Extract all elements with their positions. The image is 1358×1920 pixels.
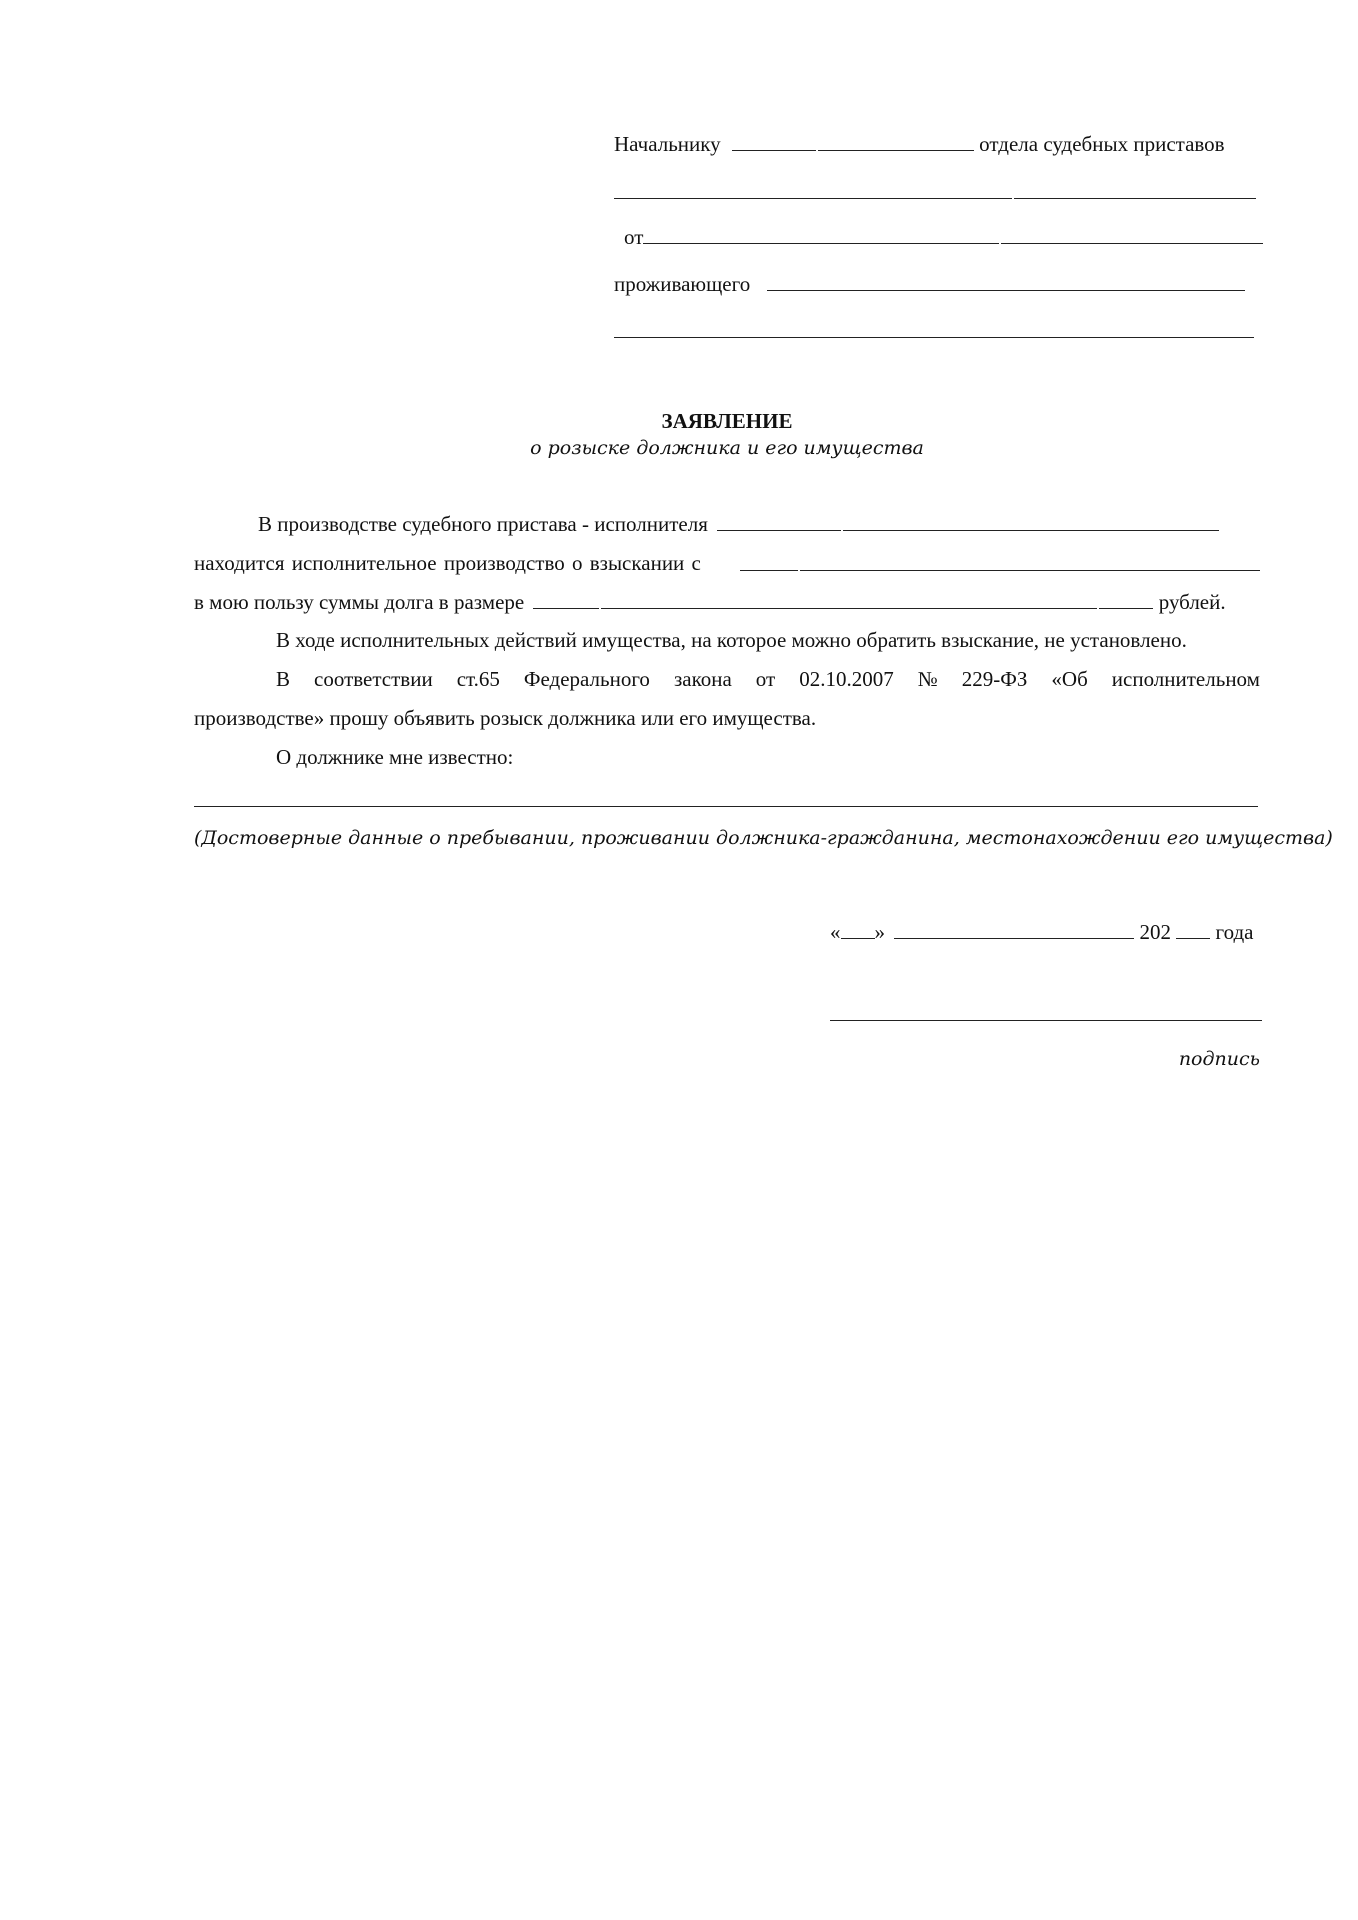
department-label: отдела судебных приставов — [979, 132, 1224, 156]
date-line: «» 202 года — [830, 918, 1254, 944]
quote-open: « — [830, 920, 841, 944]
addressee-from-line: от — [624, 223, 1263, 249]
department-continued-field-2[interactable] — [1014, 178, 1256, 199]
applicant-name-field[interactable] — [643, 223, 999, 244]
chief-label: Начальнику — [614, 132, 721, 156]
applicant-name-field-2[interactable] — [1001, 223, 1263, 244]
word: закона — [674, 666, 732, 692]
paragraph-3-line-2: производстве» прошу объявить розыск долж… — [194, 705, 816, 731]
addressee-line-5 — [614, 317, 1254, 343]
department-continued-field[interactable] — [614, 178, 1012, 199]
paragraph-1-line-2: находится исполнительное производство о … — [194, 550, 1260, 576]
debtor-name-field[interactable] — [740, 550, 798, 571]
addressee-line-2 — [614, 178, 1256, 204]
debt-amount-field-3[interactable] — [1099, 588, 1153, 609]
department-name-field-2[interactable] — [818, 130, 974, 151]
day-field[interactable] — [841, 918, 875, 939]
word: соответствии — [314, 666, 433, 692]
debtor-info-line — [194, 786, 1258, 812]
document-subtitle: о розыске должника и его имущества — [0, 435, 1358, 461]
year-prefix: 202 — [1140, 920, 1172, 944]
bailiff-label: В производстве судебного пристава - испо… — [258, 512, 708, 536]
document-title: ЗАЯВЛЕНИЕ — [0, 408, 1358, 434]
bailiff-name-field-2[interactable] — [843, 510, 1219, 531]
addressee-residing-line: проживающего — [614, 270, 1245, 296]
month-field[interactable] — [894, 918, 1134, 939]
word: от — [756, 666, 775, 692]
paragraph-1-line-3: в мою пользу суммы долга в размере рубле… — [194, 588, 1260, 614]
currency-label: рублей. — [1159, 590, 1226, 614]
debtor-label: находится исполнительное производство о … — [194, 550, 701, 576]
word: «Об — [1051, 666, 1087, 692]
debtor-info-field[interactable] — [194, 786, 1258, 807]
residence-address-field-2[interactable] — [614, 317, 1254, 338]
year-field[interactable] — [1176, 918, 1210, 939]
paragraph-3-line-1: В соответствии ст.65 Федерального закона… — [276, 666, 1260, 692]
department-name-field[interactable] — [732, 130, 816, 151]
paragraph-4: О должнике мне известно: — [276, 744, 513, 770]
signature-line — [830, 1000, 1262, 1026]
bailiff-name-field[interactable] — [717, 510, 841, 531]
residence-address-field[interactable] — [767, 270, 1245, 291]
addressee-chief-line: Начальнику отдела судебных приставов — [614, 130, 1225, 156]
debtor-info-hint: (Достоверные данные о пребывании, прожив… — [194, 825, 1333, 851]
quote-close: » — [875, 920, 886, 944]
debt-amount-field-2[interactable] — [601, 588, 1097, 609]
word: 229-ФЗ — [962, 666, 1028, 692]
debt-amount-field[interactable] — [533, 588, 599, 609]
from-label: от — [624, 225, 643, 249]
signature-caption: подпись — [1179, 1046, 1260, 1072]
debt-amount-label: в мою пользу суммы долга в размере — [194, 590, 524, 614]
word: Федерального — [524, 666, 650, 692]
paragraph-1-line-1: В производстве судебного пристава - испо… — [258, 510, 1219, 536]
word: 02.10.2007 — [799, 666, 894, 692]
word: ст.65 — [457, 666, 500, 692]
signature-field[interactable] — [830, 1000, 1262, 1021]
debtor-name-field-2[interactable] — [800, 550, 1260, 571]
paragraph-2: В ходе исполнительных действий имущества… — [276, 627, 1187, 653]
word: исполнительном — [1112, 666, 1260, 692]
residing-label: проживающего — [614, 272, 750, 296]
word: В — [276, 666, 290, 692]
year-suffix: года — [1216, 920, 1254, 944]
word: № — [918, 666, 938, 692]
